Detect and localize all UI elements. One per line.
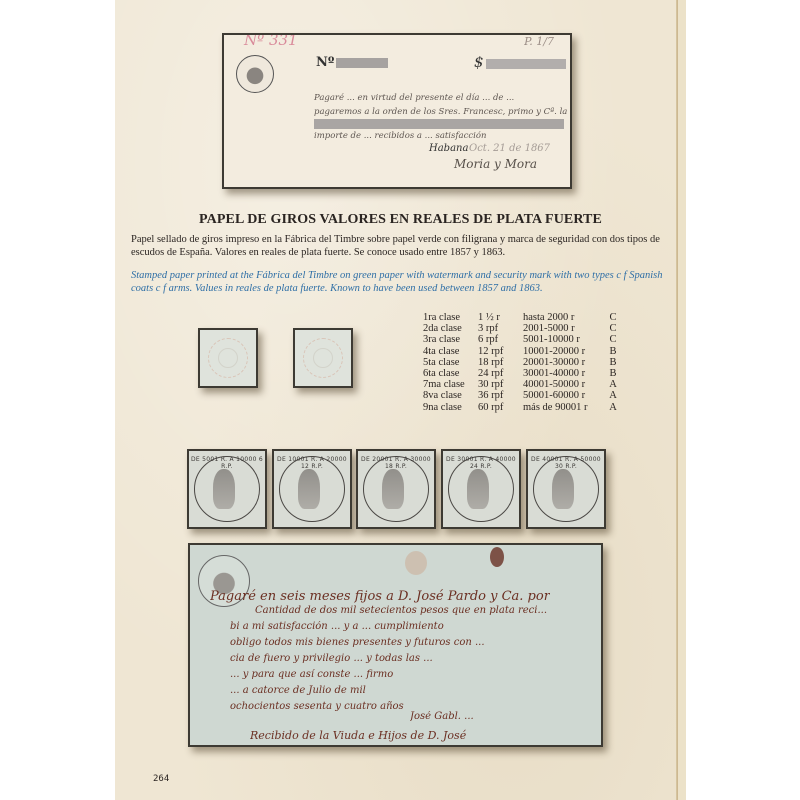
rango-cell: 40001-50000 r	[523, 379, 608, 390]
handwritten-line: bi a mi satisfacción ... y a ... cumplim…	[230, 621, 570, 632]
corner-note: P. 1/7	[524, 35, 554, 48]
handwritten-line: ... a catorce de Julio de mil	[230, 685, 570, 696]
table-row: 4ta clase 12 rpf 10001-20000 r B	[423, 346, 618, 357]
number-field-bar	[336, 58, 388, 68]
watermark-inner-ring	[313, 348, 333, 368]
stamp-legend: DE 10001 R. A 20000 12 R.P.	[274, 456, 350, 470]
rango-cell: 50001-60000 r	[523, 390, 608, 401]
stamp-legend: DE 20001 R. A 30000 18 R.P.	[358, 456, 434, 470]
rango-cell: hasta 2000 r	[523, 312, 608, 323]
paper-stain	[405, 551, 427, 575]
rareza-cell: A	[608, 402, 618, 413]
rareza-cell: A	[608, 379, 618, 390]
stamp-image-3: DE 20001 R. A 30000 18 R.P.	[356, 449, 436, 529]
clase-cell: 6ta clase	[423, 368, 478, 379]
seated-figure-icon	[467, 469, 489, 509]
description-english: Stamped paper printed at the Fábrica del…	[131, 269, 676, 295]
stamp-legend: DE 5001 R. A 10000 6 R.P.	[189, 456, 265, 470]
rareza-cell: C	[608, 334, 618, 345]
dollar-label: $	[474, 53, 484, 71]
handwritten-line: Cantidad de dos mil setecientos pesos qu…	[255, 605, 595, 616]
stamp-image-5: DE 40001 R. A 50000 30 R.P.	[526, 449, 606, 529]
handwritten-line: ... y para que así conste ... firmo	[230, 669, 570, 680]
stamp-image-1: DE 5001 R. A 10000 6 R.P.	[187, 449, 267, 529]
valor-cell: 12 rpf	[478, 346, 523, 357]
handwritten-line: obligo todos mis bienes presentes y futu…	[230, 637, 570, 648]
rango-cell: 5001-10000 r	[523, 334, 608, 345]
page-fold-line	[676, 0, 678, 800]
amount-words-bar	[314, 119, 564, 129]
clase-cell: 2da clase	[423, 323, 478, 334]
seated-figure-icon	[213, 469, 235, 509]
clase-cell: 7ma clase	[423, 379, 478, 390]
rareza-cell: B	[608, 368, 618, 379]
number-label: Nº	[316, 55, 334, 70]
rango-cell: 20001-30000 r	[523, 357, 608, 368]
handwritten-document-image: Pagaré en seis meses fijos a D. José Par…	[188, 543, 603, 747]
valor-cell: 6 rpf	[478, 334, 523, 345]
ink-stain	[490, 547, 504, 567]
watermark-inner-ring	[218, 348, 238, 368]
table-row: 9na clase 60 rpf más de 90001 r A	[423, 402, 618, 413]
page-number: 264	[153, 774, 169, 784]
handwritten-line: Recibido de la Viuda e Hijos de D. José	[250, 729, 590, 742]
table-row: 6ta clase 24 rpf 30001-40000 r B	[423, 368, 618, 379]
seated-figure-icon	[382, 469, 404, 509]
red-serial-number: Nº 331	[244, 33, 298, 49]
handwritten-line: cia de fuero y privilegio ... y todas la…	[230, 653, 570, 664]
clase-cell: 8va clase	[423, 390, 478, 401]
valor-cell: 24 rpf	[478, 368, 523, 379]
document-place: Habana	[429, 143, 468, 154]
seal-stamp-icon	[236, 55, 274, 93]
pagare-document-image: Nº 331 Nº $ P. 1/7 Pagaré ... en virtud …	[222, 33, 572, 189]
handwritten-line: Pagaré en seis meses fijos a D. José Par…	[210, 589, 550, 604]
document-line: Pagaré ... en virtud del presente el día…	[314, 93, 514, 94]
handwritten-signature: José Gabl. ...	[410, 711, 560, 722]
seated-figure-icon	[298, 469, 320, 509]
valor-cell: 36 rpf	[478, 390, 523, 401]
document-signature: Moria y Mora	[454, 157, 537, 171]
description-spanish: Papel sellado de giros impreso en la Fáb…	[131, 233, 676, 259]
seated-figure-icon	[552, 469, 574, 509]
table-row: 8va clase 36 rpf 50001-60000 r A	[423, 390, 618, 401]
section-title: PAPEL DE GIROS VALORES EN REALES DE PLAT…	[115, 212, 686, 228]
rango-cell: 30001-40000 r	[523, 368, 608, 379]
stamp-legend: DE 30001 R. A 40000 24 R.P.	[443, 456, 519, 470]
table-row: 5ta clase 18 rpf 20001-30000 r B	[423, 357, 618, 368]
stamp-legend: DE 40001 R. A 50000 30 R.P.	[528, 456, 604, 470]
rareza-cell: B	[608, 346, 618, 357]
rango-cell: más de 90001 r	[523, 402, 608, 413]
valor-cell: 3 rpf	[478, 323, 523, 334]
valor-cell: 30 rpf	[478, 379, 523, 390]
rango-cell: 10001-20000 r	[523, 346, 608, 357]
watermark-image-2	[293, 328, 353, 388]
page-edge	[678, 0, 686, 800]
rareza-cell: C	[608, 323, 618, 334]
table-row: 2da clase 3 rpf 2001-5000 r C	[423, 323, 618, 334]
rareza-cell: B	[608, 357, 618, 368]
valor-cell: 60 rpf	[478, 402, 523, 413]
rareza-cell: A	[608, 390, 618, 401]
clase-cell: 5ta clase	[423, 357, 478, 368]
document-line: pagaremos a la orden de los Sres. France…	[314, 107, 572, 108]
valor-cell: 1 ½ r	[478, 312, 523, 323]
clase-cell: 4ta clase	[423, 346, 478, 357]
table-row: 7ma clase 30 rpf 40001-50000 r A	[423, 379, 618, 390]
classes-table: 1ra clase 1 ½ r hasta 2000 r C 2da clase…	[423, 312, 618, 413]
clase-cell: 9na clase	[423, 402, 478, 413]
watermark-image-1	[198, 328, 258, 388]
document-date: Oct. 21 de 1867	[469, 143, 550, 154]
rango-cell: 2001-5000 r	[523, 323, 608, 334]
amount-field-bar	[486, 59, 566, 69]
table-row: 1ra clase 1 ½ r hasta 2000 r C	[423, 312, 618, 323]
rareza-cell: C	[608, 312, 618, 323]
stamp-image-4: DE 30001 R. A 40000 24 R.P.	[441, 449, 521, 529]
stamp-image-2: DE 10001 R. A 20000 12 R.P.	[272, 449, 352, 529]
clase-cell: 3ra clase	[423, 334, 478, 345]
valor-cell: 18 rpf	[478, 357, 523, 368]
document-line: importe de ... recibidos a ... satisfacc…	[314, 131, 486, 132]
clase-cell: 1ra clase	[423, 312, 478, 323]
table-row: 3ra clase 6 rpf 5001-10000 r C	[423, 334, 618, 345]
